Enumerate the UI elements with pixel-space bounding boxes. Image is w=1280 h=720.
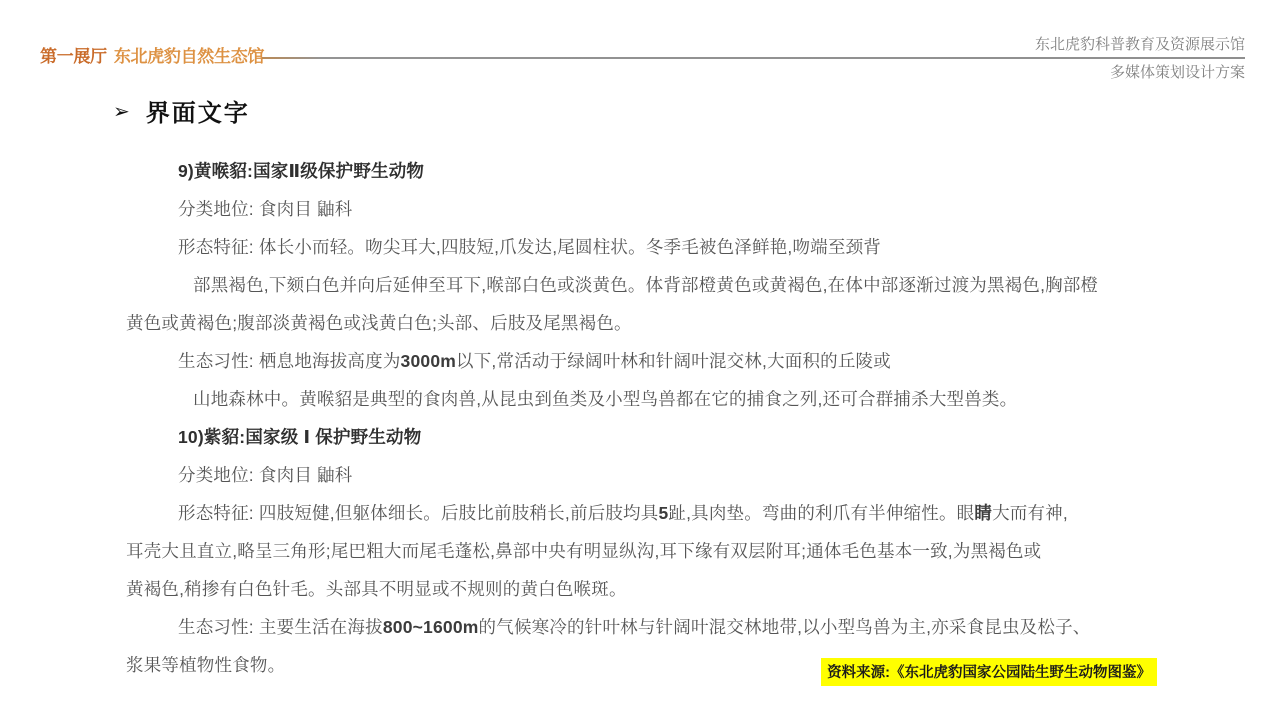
text-segment: 形态特征: 体长小而轻。吻尖耳大,四肢短,爪发达,尾圆柱状。冬季毛被色泽鲜艳,吻… [178, 237, 881, 257]
text-segment: 趾,具肉垫。弯曲的利爪有半伸缩性。眼 [668, 503, 974, 523]
text-segment: 5 [658, 503, 668, 523]
source-note: 资料来源:《东北虎豹国家公园陆生野生动物图鉴》 [821, 658, 1157, 686]
text-segment: 3000m [401, 351, 457, 371]
header-right-line1: 东北虎豹科普教育及资源展示馆 [845, 33, 1245, 54]
text-line: 分类地位: 食肉目 鼬科 [126, 456, 1171, 494]
text-segment: 生态习性: 主要生活在海拔 [178, 617, 383, 637]
text-line: 生态习性: 栖息地海拔高度为3000m以下,常活动于绿阔叶林和针阔叶混交林,大面… [126, 342, 1171, 380]
text-segment: 耳壳大且直立,略呈三角形;尾巴粗大而尾毛蓬松,鼻部中央有明显纵沟,耳下缘有双层附… [126, 541, 1041, 561]
text-segment: 分类地位: 食肉目 鼬科 [178, 465, 353, 485]
text-segment: 浆果等植物性食物。 [126, 655, 285, 675]
text-segment: 形态特征: 四肢短健,但躯体细长。后肢比前肢稍长,前后肢均具 [178, 503, 658, 523]
text-line: 形态特征: 体长小而轻。吻尖耳大,四肢短,爪发达,尾圆柱状。冬季毛被色泽鲜艳,吻… [126, 228, 1171, 266]
header-left-title-hall: 第一展厅 [40, 47, 107, 66]
text-segment: 生态习性: 栖息地海拔高度为 [178, 351, 401, 371]
text-line: 分类地位: 食肉目 鼬科 [126, 190, 1171, 228]
text-line: 山地森林中。黄喉貂是典型的食肉兽,从昆虫到鱼类及小型鸟兽都在它的捕食之列,还可合… [126, 380, 1171, 418]
header-left-title: 第一展厅东北虎豹自然生态馆 [40, 42, 264, 67]
header-left-title-name: 东北虎豹自然生态馆 [114, 47, 264, 66]
text-segment: 黄褐色,稍掺有白色针毛。头部具不明显或不规则的黄白色喉斑。 [126, 579, 627, 599]
header-divider-line [262, 57, 1245, 59]
header-right-line2: 多媒体策划设计方案 [845, 61, 1245, 82]
text-line: 部黑褐色,下颏白色并向后延伸至耳下,喉部白色或淡黄色。体背部橙黄色或黄褐色,在体… [126, 266, 1171, 304]
text-segment: 山地森林中。黄喉貂是典型的食肉兽,从昆虫到鱼类及小型鸟兽都在它的捕食之列,还可合… [193, 389, 1017, 409]
page-title-text: 界面文字 [146, 93, 250, 128]
body-text-block: 9)黄喉貂:国家Ⅱ级保护野生动物分类地位: 食肉目 鼬科形态特征: 体长小而轻。… [126, 152, 1171, 684]
text-line: 黄色或黄褐色;腹部淡黄褐色或浅黄白色;头部、后肢及尾黑褐色。 [126, 304, 1171, 342]
page-title: ➢ 界面文字 [113, 93, 250, 128]
text-segment: 800~1600m [383, 617, 479, 637]
text-line: 生态习性: 主要生活在海拔800~1600m的气候寒冷的针叶林与针阔叶混交林地带… [126, 608, 1171, 646]
text-line: 黄褐色,稍掺有白色针毛。头部具不明显或不规则的黄白色喉斑。 [126, 570, 1171, 608]
text-segment: 9)黄喉貂:国家Ⅱ级保护野生动物 [178, 161, 424, 181]
text-segment: 部黑褐色,下颏白色并向后延伸至耳下,喉部白色或淡黄色。体背部橙黄色或黄褐色,在体… [193, 275, 1098, 295]
text-segment: 黄色或黄褐色;腹部淡黄褐色或浅黄白色;头部、后肢及尾黑褐色。 [126, 313, 632, 333]
text-segment: 以下,常活动于绿阔叶林和针阔叶混交林,大面积的丘陵或 [456, 351, 891, 371]
text-segment: 分类地位: 食肉目 鼬科 [178, 199, 353, 219]
text-line: 耳壳大且直立,略呈三角形;尾巴粗大而尾毛蓬松,鼻部中央有明显纵沟,耳下缘有双层附… [126, 532, 1171, 570]
text-line: 形态特征: 四肢短健,但躯体细长。后肢比前肢稍长,前后肢均具5趾,具肉垫。弯曲的… [126, 494, 1171, 532]
section-heading: 9)黄喉貂:国家Ⅱ级保护野生动物 [126, 152, 1171, 190]
text-segment: 大而有神, [992, 503, 1068, 523]
section-heading: 10)紫貂:国家级 Ⅰ 保护野生动物 [126, 418, 1171, 456]
text-segment: 10)紫貂:国家级 Ⅰ 保护野生动物 [178, 427, 421, 447]
arrow-bullet-icon: ➢ [113, 97, 130, 127]
text-segment: 睛 [974, 503, 992, 523]
text-segment: 的气候寒冷的针叶林与针阔叶混交林地带,以小型鸟兽为主,亦采食昆虫及松子、 [479, 617, 1091, 637]
slide: 第一展厅东北虎豹自然生态馆 东北虎豹科普教育及资源展示馆 多媒体策划设计方案 ➢… [0, 0, 1280, 720]
